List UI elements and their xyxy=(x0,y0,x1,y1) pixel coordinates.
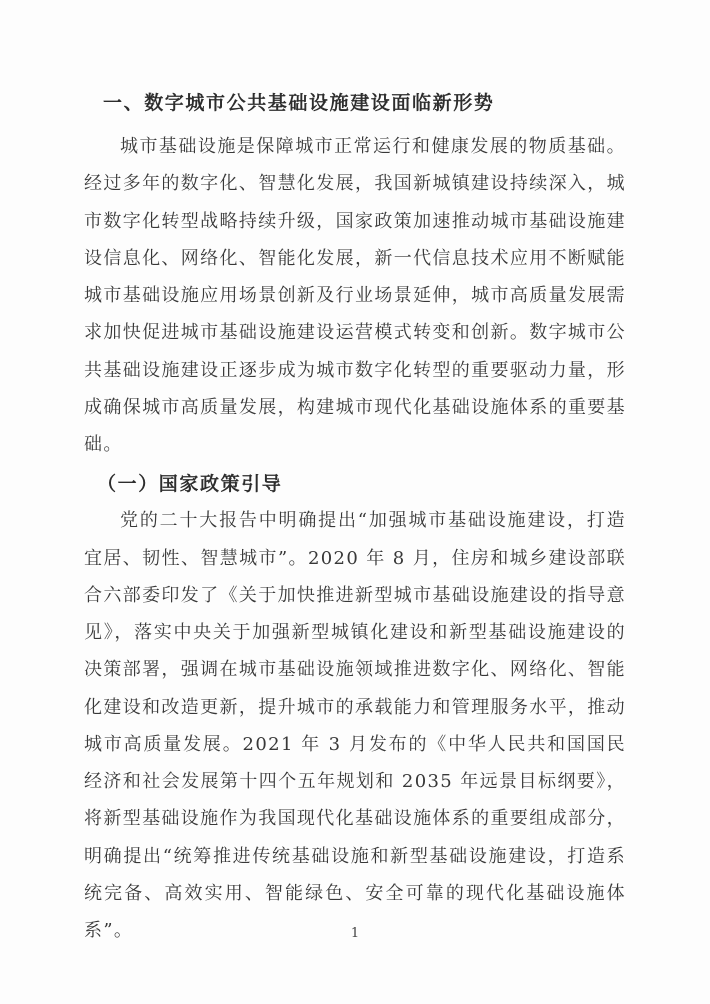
page-number: 1 xyxy=(0,926,710,941)
section-heading-level1: 一、数字城市公共基础设施建设面临新形势 xyxy=(84,88,626,118)
body-paragraph-2: 党的二十大报告中明确提出“加强城市基础设施建设，打造宜居、韧性、智慧城市”。20… xyxy=(84,502,626,949)
body-paragraph-1: 城市基础设施是保障城市正常运行和健康发展的物质基础。经过多年的数字化、智慧化发展… xyxy=(84,128,626,463)
document-page: 一、数字城市公共基础设施建设面临新形势 城市基础设施是保障城市正常运行和健康发展… xyxy=(0,0,710,1004)
section-heading-level2: （一）国家政策引导 xyxy=(84,469,626,499)
